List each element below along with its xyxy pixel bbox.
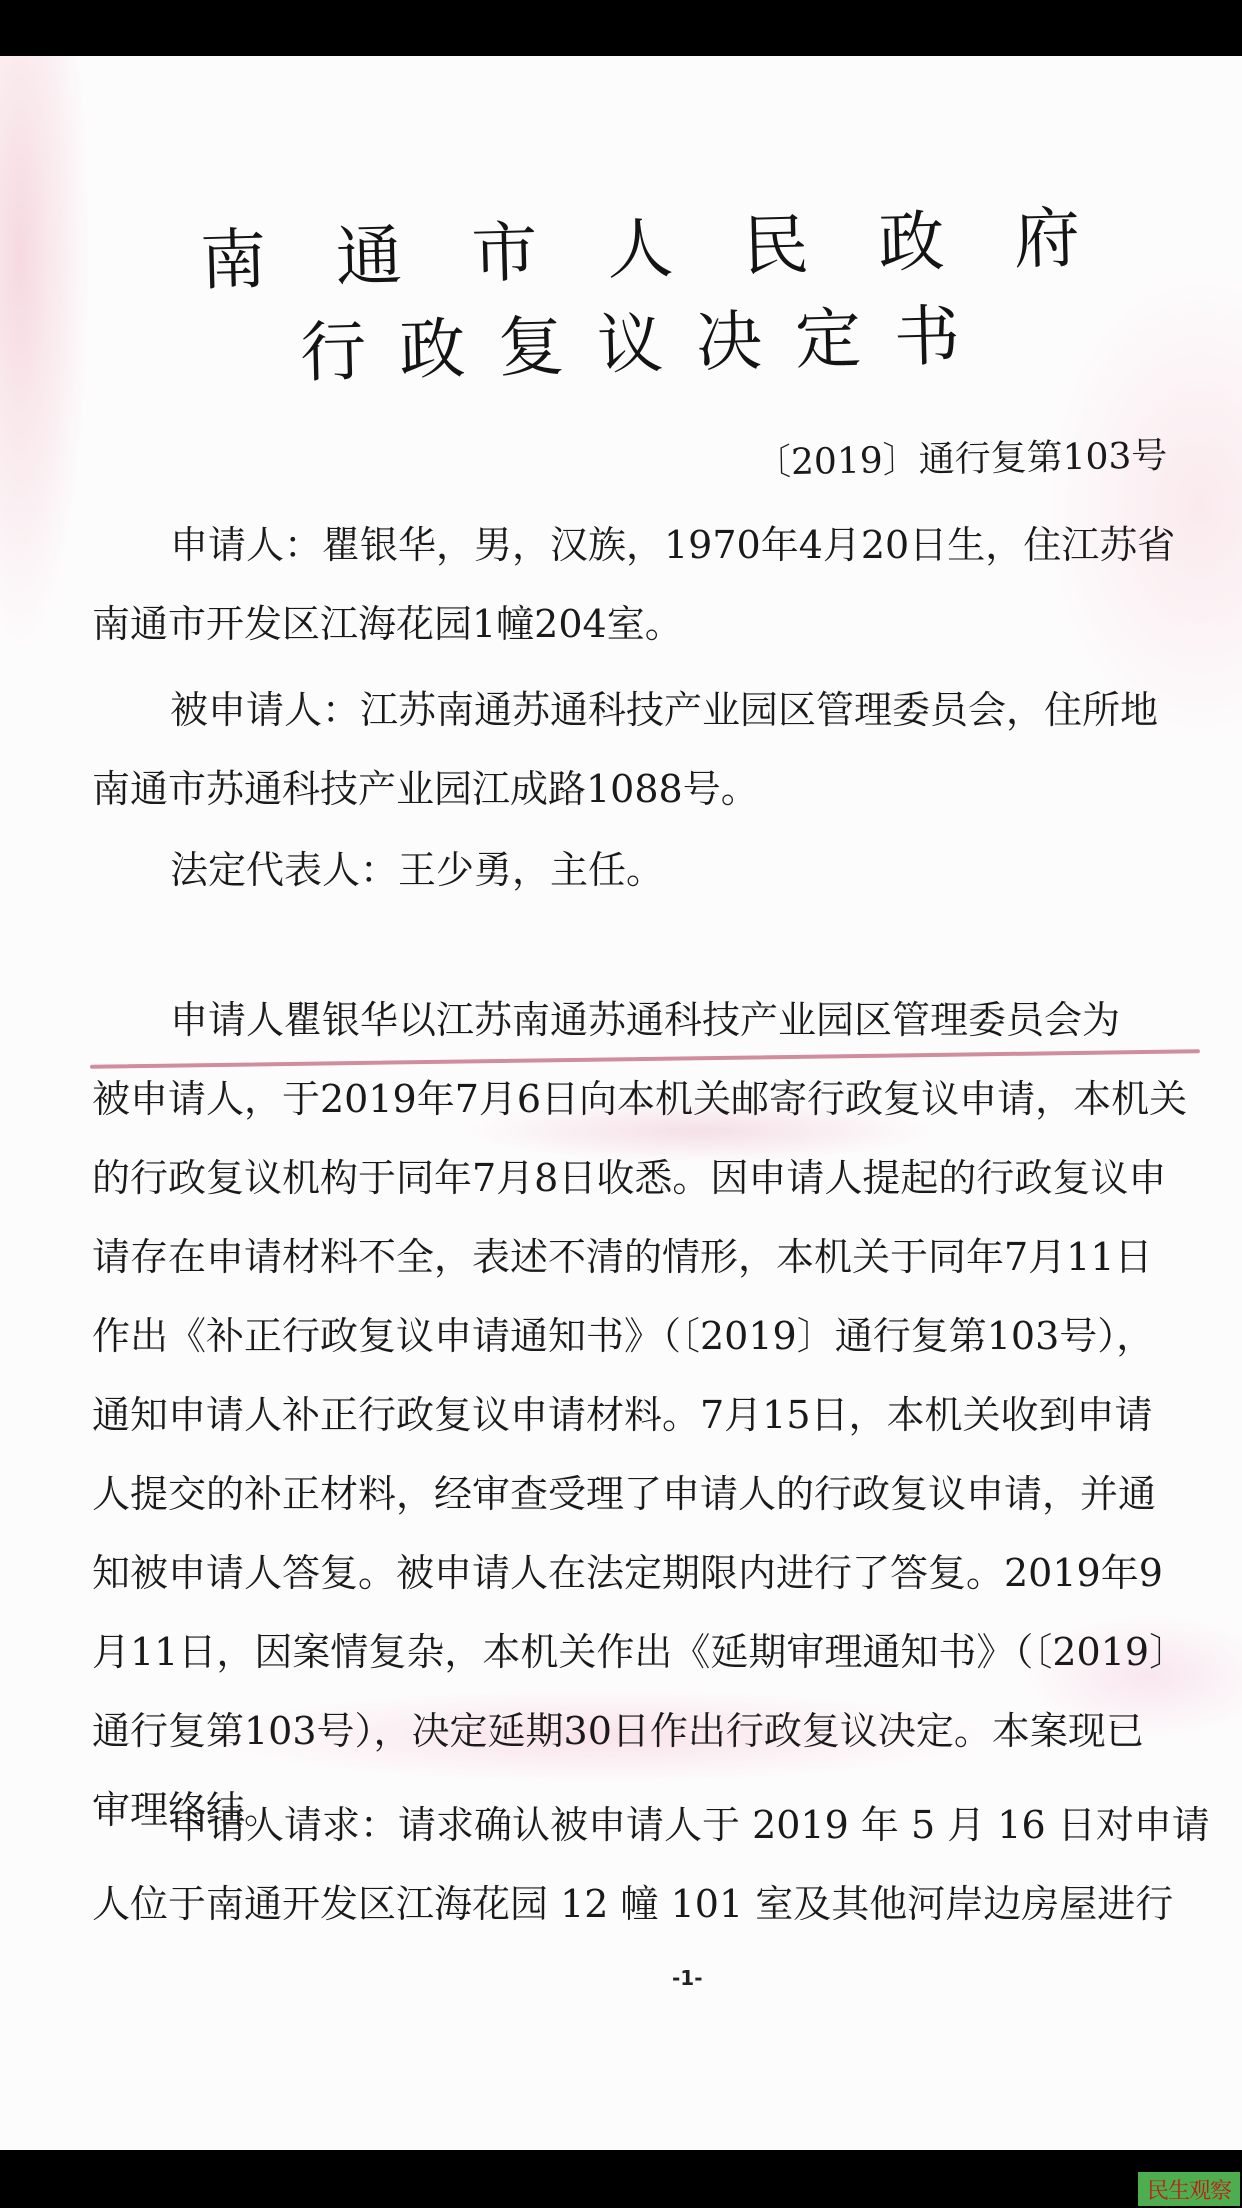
watermark-badge: 民生观察 xyxy=(1138,2172,1240,2206)
text-line: 申请人请求：请求确认被申请人于 2019 年 5 月 16 日对申请 xyxy=(92,1786,1172,1865)
text-line: 被申请人，于2019年7月6日向本机关邮寄行政复议申请，本机关 xyxy=(92,1060,1172,1139)
text-line: 南通市苏通科技产业园江成路1088号。 xyxy=(92,750,1172,829)
issuer-char: 政 xyxy=(877,188,945,285)
text-line: 人提交的补正材料，经审查受理了申请人的行政复议申请，并通 xyxy=(92,1455,1172,1534)
text-line: 南通市开发区江海花园1幢204室。 xyxy=(92,585,1172,664)
text-line: 通知申请人补正行政复议申请材料。7月15日，本机关收到申请 xyxy=(92,1376,1172,1455)
text-line: 通行复第103号），决定延期30日作出行政复议决定。本案现已 xyxy=(92,1692,1172,1771)
page-number: -1- xyxy=(672,1966,703,1990)
applicant-paragraph: 申请人：瞿银华，男，汉族，1970年4月20日生，住江苏省 南通市开发区江海花园… xyxy=(92,506,1172,664)
document-number: 〔2019〕通行复第103号 xyxy=(755,427,1168,485)
text-line: 请存在申请材料不全，表述不清的情形，本机关于同年7月11日 xyxy=(92,1218,1172,1297)
procedure-paragraph: 申请人瞿银华以江苏南通苏通科技产业园区管理委员会为 被申请人，于2019年7月6… xyxy=(92,981,1172,1850)
text-line: 法定代表人：王少勇，主任。 xyxy=(92,831,1172,910)
issuer-char: 民 xyxy=(741,192,809,289)
text-line: 人位于南通开发区江海花园 12 幢 101 室及其他河岸边房屋进行 xyxy=(92,1865,1172,1944)
text-line: 作出《补正行政复议申请通知书》（〔2019〕通行复第103号）， xyxy=(92,1297,1172,1376)
text-line: 被申请人：江苏南通苏通科技产业园区管理委员会，住所地 xyxy=(92,671,1172,750)
text-line: 申请人：瞿银华，男，汉族，1970年4月20日生，住江苏省 xyxy=(92,506,1172,585)
issuer-char: 人 xyxy=(606,195,674,292)
text-line: 月11日，因案情复杂，本机关作出《延期审理通知书》（〔2019〕 xyxy=(92,1613,1172,1692)
title-char: 决 xyxy=(695,288,763,385)
text-line: 申请人瞿银华以江苏南通苏通科技产业园区管理委员会为 xyxy=(92,981,1172,1060)
issuer-char: 南 xyxy=(199,206,267,303)
title-char: 行 xyxy=(299,298,367,395)
text-line: 知被申请人答复。被申请人在法定期限内进行了答复。2019年9 xyxy=(92,1534,1172,1613)
request-paragraph: 申请人请求：请求确认被申请人于 2019 年 5 月 16 日对申请 人位于南通… xyxy=(92,1786,1172,1944)
title-char: 书 xyxy=(893,282,961,379)
title-char: 议 xyxy=(596,290,664,387)
title-char: 复 xyxy=(497,293,565,390)
issuer-char: 通 xyxy=(335,202,403,299)
legal-representative-paragraph: 法定代表人：王少勇，主任。 xyxy=(92,831,1172,910)
text-line: 的行政复议机构于同年7月8日收悉。因申请人提起的行政复议申 xyxy=(92,1139,1172,1218)
respondent-paragraph: 被申请人：江苏南通苏通科技产业园区管理委员会，住所地 南通市苏通科技产业园江成路… xyxy=(92,671,1172,829)
issuer-char: 府 xyxy=(1013,185,1081,282)
document-title: 行 政 复 议 决 定 书 xyxy=(299,282,961,394)
document-page: 南 通 市 人 民 政 府 行 政 复 议 决 定 书 〔2019〕通行复第10… xyxy=(0,56,1242,2150)
issuer-char: 市 xyxy=(470,199,538,296)
title-char: 定 xyxy=(794,285,862,382)
title-char: 政 xyxy=(398,295,466,392)
